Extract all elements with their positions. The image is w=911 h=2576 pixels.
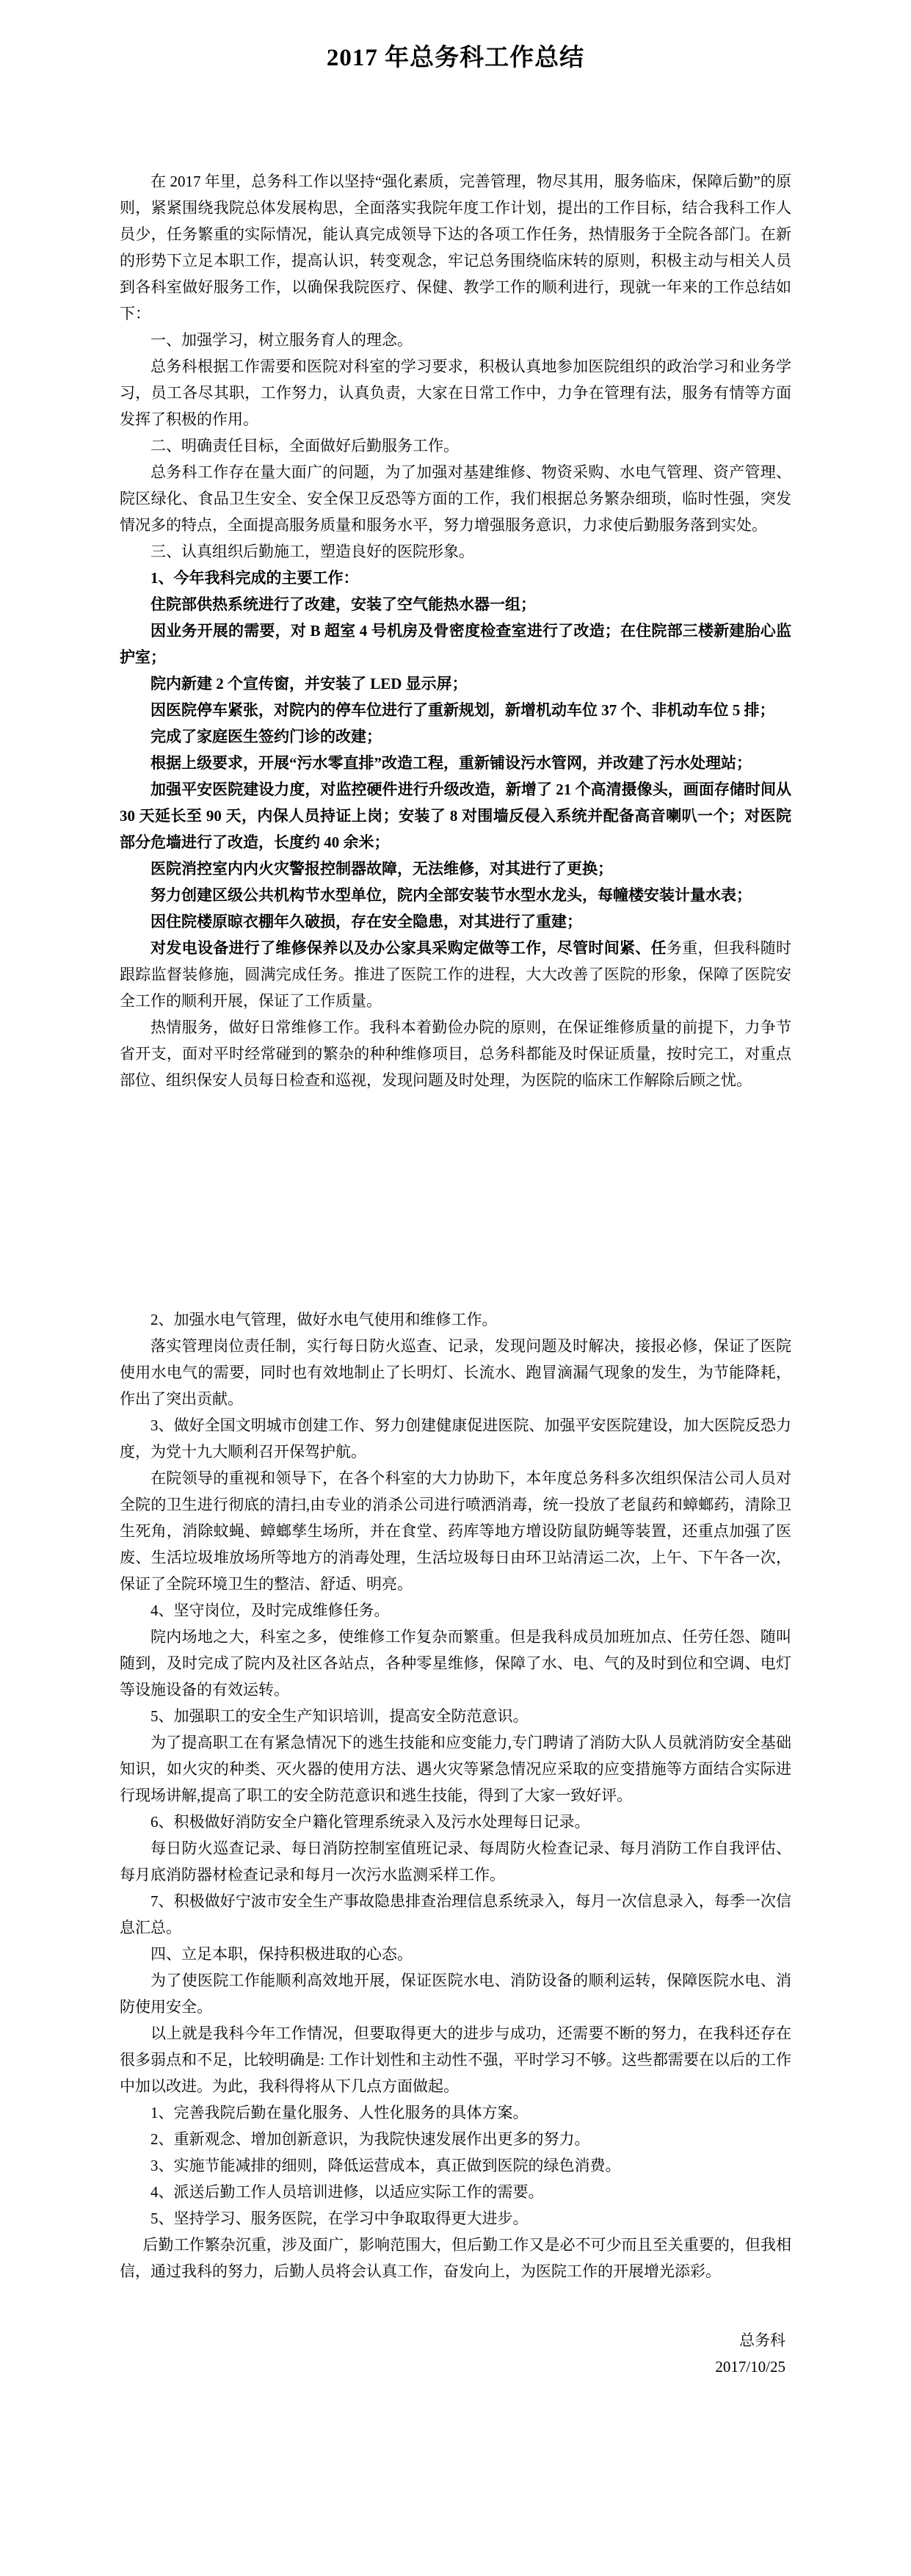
- paragraph: 为了使医院工作能顺利高效地开展，保证医院水电、消防设备的顺利运转，保障医院水电、…: [120, 1967, 791, 2020]
- document-page: 2017 年总务科工作总结 在 2017 年里，总务科工作以坚持“强化素质，完善…: [0, 0, 911, 2576]
- paragraph: 努力创建区级公共机构节水型单位，院内全部安装节水型水龙头，每幢楼安装计量水表；: [120, 882, 791, 908]
- document-content: 2017 年总务科工作总结 在 2017 年里，总务科工作以坚持“强化素质，完善…: [0, 0, 911, 2380]
- paragraph: 院内场地之大，科室之多，使维修工作复杂而繁重。但是我科成员加班加点、任劳任怨、随…: [120, 1624, 791, 1703]
- paragraph: 7、积极做好宁波市安全生产事故隐患排查治理信息系统录入，每月一次信息录入，每季一…: [120, 1888, 791, 1941]
- paragraph: 4、派送后勤工作人员培训进修，以适应实际工作的需要。: [120, 2179, 791, 2205]
- paragraph: 四、立足本职，保持积极进取的心态。: [120, 1941, 791, 1967]
- paragraph: 因业务开展的需要，对 B 超室 4 号机房及骨密度检查室进行了改造；在住院部三楼…: [120, 618, 791, 670]
- paragraph: 4、坚守岗位，及时完成维修任务。: [120, 1597, 791, 1624]
- paragraph: 在院领导的重视和领导下，在各个科室的大力协助下，本年度总务科多次组织保洁公司人员…: [120, 1465, 791, 1597]
- paragraph: 为了提高职工在有紧急情况下的逃生技能和应变能力,专门聘请了消防大队人员就消防安全…: [120, 1729, 791, 1809]
- paragraph: 落实管理岗位责任制，实行每日防火巡查、记录，发现问题及时解决，接报必修，保证了医…: [120, 1333, 791, 1412]
- paragraph: 一、加强学习，树立服务育人的理念。: [120, 327, 791, 353]
- paragraph: 总务科根据工作需要和医院对科室的学习要求，积极认真地参加医院组织的政治学习和业务…: [120, 353, 791, 433]
- paragraph: 院内新建 2 个宣传窗，并安装了 LED 显示屏；: [120, 670, 791, 697]
- paragraph: 完成了家庭医生签约门诊的改建；: [120, 723, 791, 750]
- paragraph-bold-lead: 对发电设备进行了维修保养以及办公家具采购定做等工作，尽管时间紧、任: [150, 939, 667, 957]
- page-break-gap: [120, 1093, 791, 1306]
- paragraph: 3、做好全国文明城市创建工作、努力创建健康促进医院、加强平安医院建设，加大医院反…: [120, 1412, 791, 1465]
- paragraph: 三、认真组织后勤施工，塑造良好的医院形象。: [120, 538, 791, 565]
- paragraph: 因住院楼原晾衣棚年久破损，存在安全隐患，对其进行了重建；: [120, 908, 791, 935]
- paragraph: 后勤工作繁杂沉重，涉及面广，影响范围大，但后勤工作又是必不可少而且至关重要的，但…: [120, 2232, 791, 2284]
- signature-date: 2017/10/25: [120, 2354, 785, 2380]
- paragraph: 因医院停车紧张，对院内的停车位进行了重新规划，新增机动车位 37 个、非机动车位…: [120, 697, 791, 723]
- paragraph: 二、明确责任目标，全面做好后勤服务工作。: [120, 433, 791, 459]
- paragraph: 加强平安医院建设力度，对监控硬件进行升级改造，新增了 21 个高清摄像头，画面存…: [120, 776, 791, 855]
- paragraph: 3、实施节能减排的细则，降低运营成本，真正做到医院的绿色消费。: [120, 2152, 791, 2179]
- paragraph: 医院消控室内内火灾警报控制器故障，无法维修，对其进行了更换；: [120, 855, 791, 882]
- paragraph: 以上就是我科今年工作情况，但要取得更大的进步与成功，还需要不断的努力，在我科还存…: [120, 2020, 791, 2099]
- paragraph: 根据上级要求，开展“污水零直排”改造工程，重新铺设污水管网，并改建了污水处理站；: [120, 750, 791, 776]
- paragraph: 在 2017 年里，总务科工作以坚持“强化素质，完善管理，物尽其用，服务临床，保…: [120, 168, 791, 327]
- paragraph: 2、重新观念、增加创新意识，为我院快速发展作出更多的努力。: [120, 2126, 791, 2152]
- signature-department: 总务科: [120, 2327, 785, 2354]
- paragraph: 1、完善我院后勤在量化服务、人性化服务的具体方案。: [120, 2099, 791, 2126]
- paragraph: 5、加强职工的安全生产知识培训，提高安全防范意识。: [120, 1703, 791, 1729]
- paragraph: 总务科工作存在量大面广的问题，为了加强对基建维修、物资采购、水电气管理、资产管理…: [120, 459, 791, 538]
- paragraph: 1、今年我科完成的主要工作：: [120, 565, 791, 591]
- paragraph: 热情服务，做好日常维修工作。我科本着勤俭办院的原则，在保证维修质量的前提下，力争…: [120, 1014, 791, 1093]
- paragraph: 每日防火巡查记录、每日消防控制室值班记录、每周防火检查记录、每月消防工作自我评估…: [120, 1835, 791, 1888]
- document-title: 2017 年总务科工作总结: [120, 38, 791, 73]
- document-paragraphs: 在 2017 年里，总务科工作以坚持“强化素质，完善管理，物尽其用，服务临床，保…: [120, 168, 791, 2284]
- paragraph: 2、加强水电气管理，做好水电气使用和维修工作。: [120, 1306, 791, 1333]
- paragraph: 5、坚持学习、服务医院，在学习中争取取得更大进步。: [120, 2205, 791, 2232]
- paragraph: 住院部供热系统进行了改建，安装了空气能热水器一组；: [120, 591, 791, 618]
- paragraph: 6、积极做好消防安全户籍化管理系统录入及污水处理每日记录。: [120, 1809, 791, 1835]
- paragraph: 对发电设备进行了维修保养以及办公家具采购定做等工作，尽管时间紧、任务重，但我科随…: [120, 935, 791, 1014]
- signature-block: 总务科 2017/10/25: [120, 2327, 791, 2380]
